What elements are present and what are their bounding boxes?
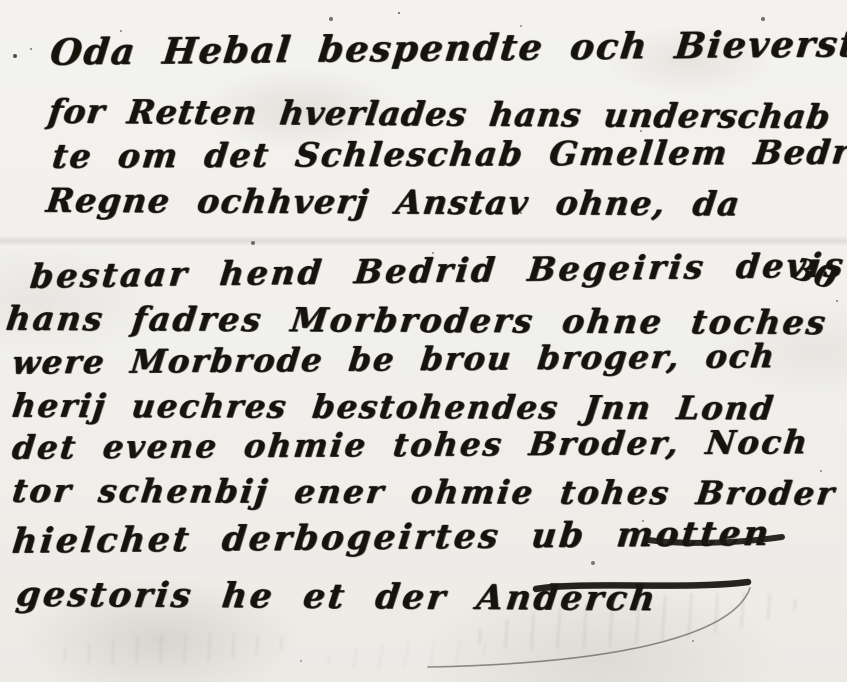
bleedthrough-marks: [54, 628, 295, 671]
handwritten-line-2: for Retten hverlades hans underschab: [46, 92, 833, 136]
handwritten-line-9: det evene ohmie tohes Broder, Noch: [10, 423, 811, 467]
handwritten-line-3: te om det Schleschab Gmellem Bedre: [50, 133, 847, 176]
ink-specks: [0, 0, 2, 2]
handwritten-line-6: hans fadres Morbroders ohne toches: [4, 299, 830, 342]
scan-fold-band: [0, 236, 847, 246]
manuscript-page: Oda Hebal bespendte och Bieversted for f…: [0, 0, 847, 682]
handwritten-line-5: bestaar hend Bedrid Begeiris devis.: [28, 245, 847, 296]
handwritten-line-10: tor schenbij ener ohmie tohes Broder: [10, 472, 838, 513]
handwritten-line-8: herij uechres bestohendes Jnn Lond: [10, 387, 777, 428]
handwritten-line-1: Oda Hebal bespendte och Bieversted for: [48, 22, 847, 74]
handwritten-line-4: Regne ochhverj Anstav ohne, da: [44, 181, 743, 224]
handwritten-line-7: were Morbrode be brou broger, och: [10, 337, 778, 382]
